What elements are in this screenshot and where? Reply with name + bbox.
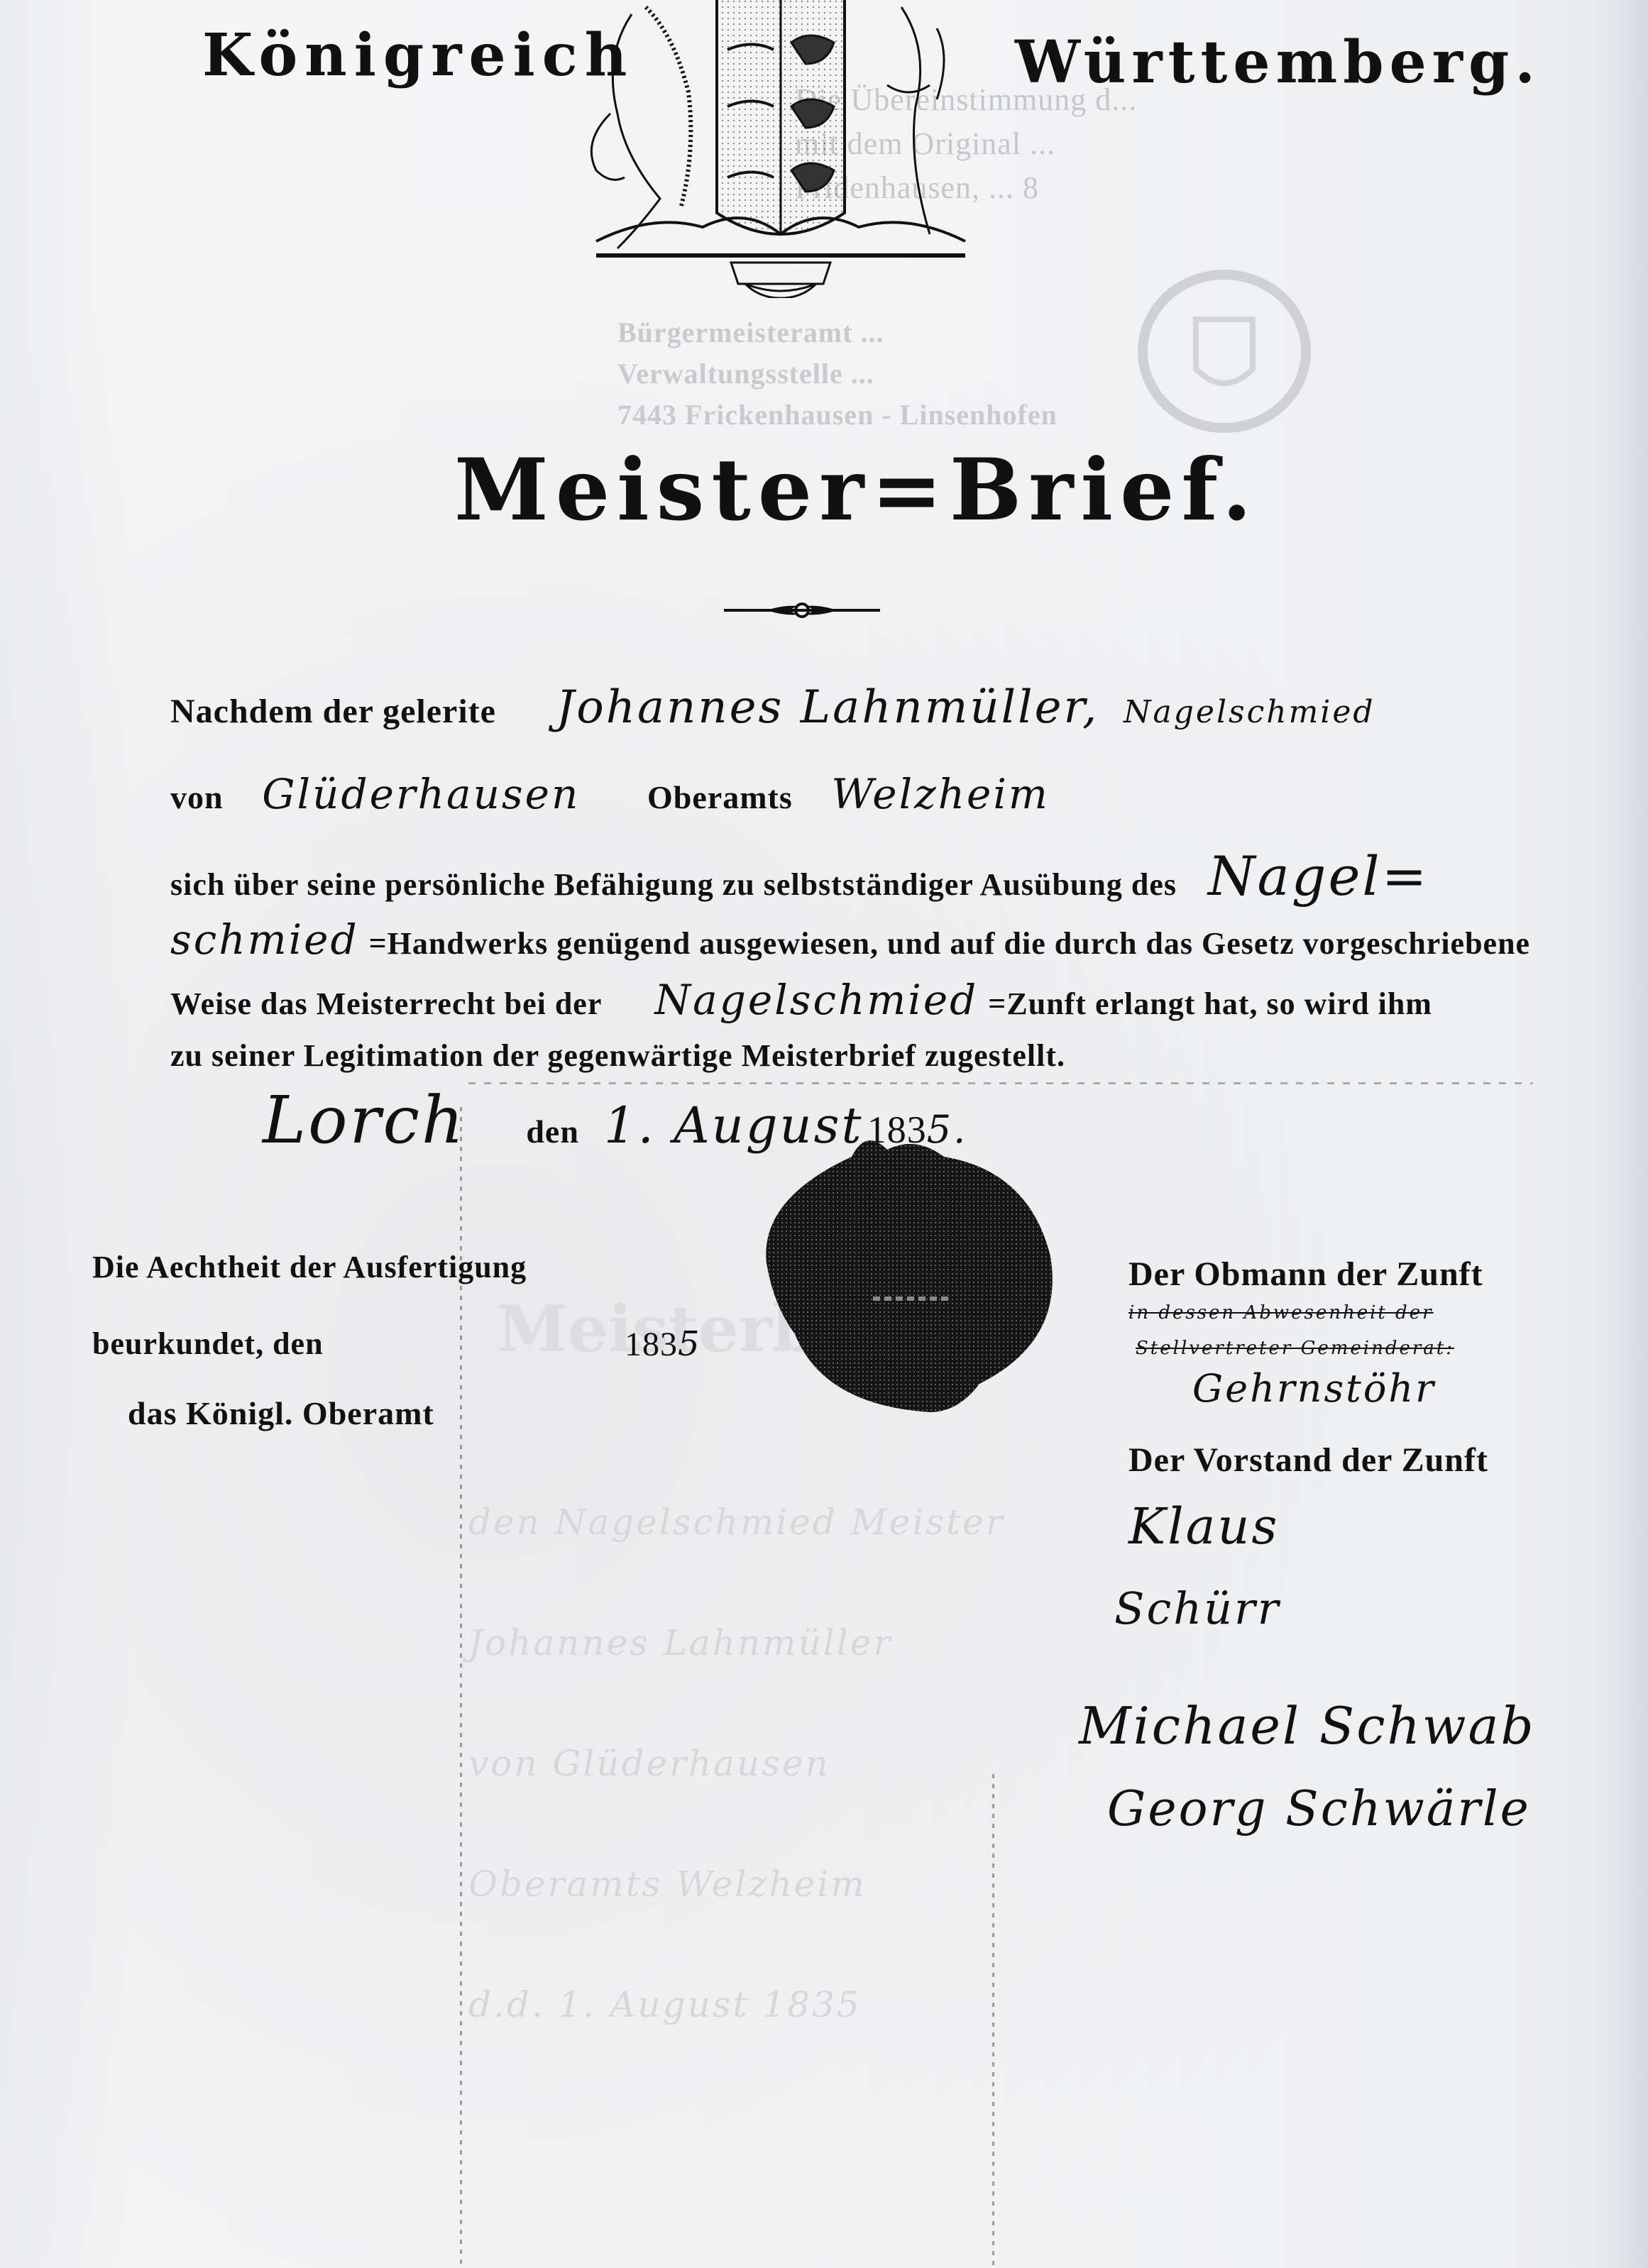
document-page: Die Übereinstimmung d... mit dem Origina… bbox=[0, 0, 1648, 2268]
office-line: Bürgermeisteramt ... bbox=[617, 312, 1058, 353]
authentication-year-printed: 183 bbox=[625, 1326, 678, 1363]
bleedthrough-line: d.d. 1. August 1835 bbox=[468, 1944, 1005, 2065]
body-printed-text: Oberamts bbox=[647, 779, 793, 815]
bleedthrough-line: Oberamts Welzheim bbox=[468, 1824, 1005, 1944]
master-name-handwritten: Johannes Lahnmüller, bbox=[556, 681, 1099, 734]
bleedthrough-line: Johannes Lahnmüller bbox=[468, 1582, 1005, 1703]
header-right-title: Württemberg. bbox=[1015, 28, 1541, 97]
vorstand-signature-2: Schürr bbox=[1114, 1582, 1280, 1634]
craft-handwritten-continued: schmied bbox=[170, 915, 359, 964]
wax-seal-icon bbox=[738, 1135, 1072, 1419]
authentication-year-handwritten: 5 bbox=[678, 1324, 702, 1364]
document-title: Meister=Brief. bbox=[454, 440, 1259, 540]
obmann-label: Der Obmann der Zunft bbox=[1128, 1255, 1483, 1294]
body-printed-text: von bbox=[170, 779, 224, 815]
guild-handwritten: Nagelschmied bbox=[654, 976, 978, 1024]
authentication-line-1: Die Aechtheit der Ausfertigung bbox=[92, 1249, 527, 1285]
background-office-stamp: Bürgermeisteramt ... Verwaltungsstelle .… bbox=[617, 312, 1058, 436]
vorstand-signature-4: Georg Schwärle bbox=[1107, 1781, 1531, 1837]
body-printed-text: =Zunft erlangt hat, so wird ihm bbox=[988, 986, 1432, 1021]
authentication-line-2: beurkundet, den bbox=[92, 1326, 324, 1362]
office-line: Verwaltungsstelle ... bbox=[617, 353, 1058, 395]
authentication-line-3: das Königl. Oberamt bbox=[128, 1394, 434, 1432]
body-line-4: schmied =Handwerks genügend ausgewiesen,… bbox=[170, 915, 1530, 964]
vorstand-label: Der Vorstand der Zunft bbox=[1128, 1441, 1488, 1480]
coat-of-arms-icon bbox=[568, 0, 994, 298]
scan-edge-shadow bbox=[1605, 0, 1648, 2268]
authentication-year: 1835 bbox=[625, 1324, 702, 1364]
title-flourish-divider-icon bbox=[724, 602, 880, 619]
obmann-note-line-2: Stellvertreter Gemeinderat: bbox=[1136, 1338, 1454, 1359]
body-printed-text: sich über seine persönliche Befähigung z… bbox=[170, 867, 1177, 902]
body-printed-text: zu seiner Legitimation der gegenwärtige … bbox=[170, 1038, 1065, 1073]
obmann-note-line-1: in dessen Abwesenheit der bbox=[1128, 1302, 1434, 1323]
bleedthrough-lines: den Nagelschmied Meister Johannes Lahnmü… bbox=[468, 1462, 1005, 2065]
body-printed-text: Weise das Meisterrecht bei der bbox=[170, 986, 602, 1021]
bleedthrough-line: von Glüderhausen bbox=[468, 1703, 1005, 1824]
body-line-5: Weise das Meisterrecht bei der Nagelschm… bbox=[170, 976, 1432, 1024]
round-official-stamp-icon bbox=[1136, 270, 1313, 433]
body-line-2: von Glüderhausen Oberamts Welzheim bbox=[170, 770, 1050, 818]
body-printed-text: =Handwerks genügend ausgewiesen, und auf… bbox=[369, 926, 1530, 961]
trade-handwritten: Nagelschmied bbox=[1124, 694, 1375, 730]
district-handwritten: Welzheim bbox=[831, 770, 1050, 818]
bleedthrough-line: den Nagelschmied Meister bbox=[468, 1462, 1005, 1582]
date-printed-den: den bbox=[526, 1113, 579, 1150]
craft-handwritten: Nagel= bbox=[1208, 844, 1429, 908]
origin-place-handwritten: Glüderhausen bbox=[262, 770, 580, 818]
office-line: 7443 Frickenhausen - Linsenhofen bbox=[617, 395, 1058, 436]
issue-place-handwritten: Lorch bbox=[263, 1082, 466, 1158]
body-line-1: Nachdem der gelerite Johannes Lahnmüller… bbox=[170, 681, 1375, 734]
body-printed-text: Nachdem der gelerite bbox=[170, 693, 496, 730]
vorstand-signature-3: Michael Schwab bbox=[1079, 1696, 1536, 1756]
vorstand-signature-1: Klaus bbox=[1128, 1497, 1279, 1556]
obmann-signature: Gehrnstöhr bbox=[1192, 1366, 1436, 1411]
body-line-3: sich über seine persönliche Befähigung z… bbox=[170, 844, 1429, 908]
body-line-6: zu seiner Legitimation der gegenwärtige … bbox=[170, 1037, 1065, 1074]
